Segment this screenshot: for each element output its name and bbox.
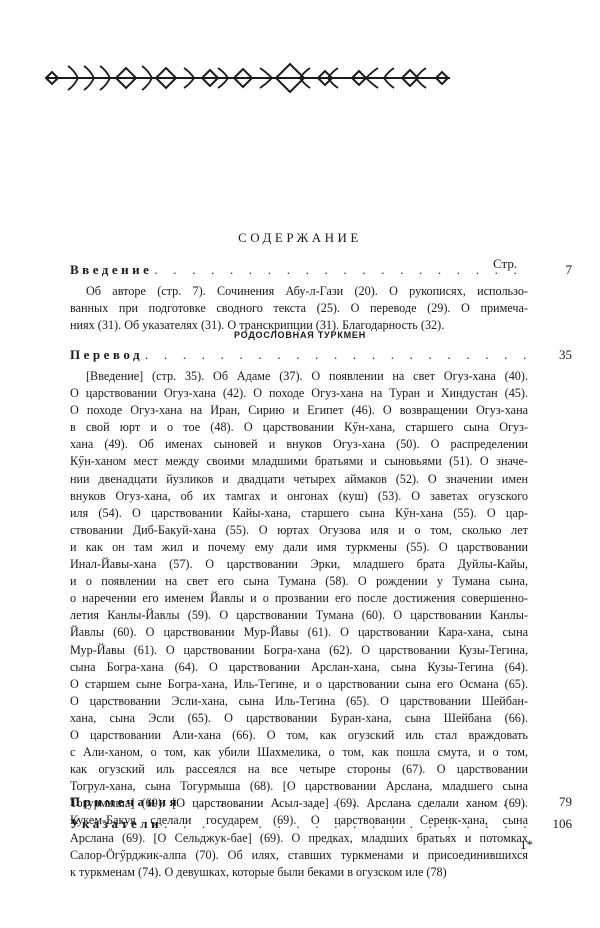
toc-entry-indexes[interactable]: Указатели . . . . . . . . . . . . . . . …	[70, 816, 528, 832]
page-title: СОДЕРЖАНИЕ	[0, 230, 600, 246]
text-line: и о появлении на свет его сына Тумана (5…	[70, 573, 528, 590]
text-line: в свой юрт и о тое (48). О царствовании …	[70, 419, 528, 436]
text-line: сына Богра-хана (64). О царствовании Арс…	[70, 659, 528, 676]
leader-dots: . . . . . . . . . . . . . . . . . . . . …	[182, 794, 528, 810]
text-line: Мур-Йавы (61). О царствовании Богра-хана…	[70, 642, 528, 659]
toc-entry-label: Указатели	[70, 816, 162, 832]
text-line: иля (54). О царствовании Кайы-хана, стар…	[70, 505, 528, 522]
toc-entry-page: 106	[532, 816, 572, 832]
toc-entry-label: Введение	[70, 262, 152, 278]
toc-entry-label: Примечания	[70, 794, 180, 810]
text-line: летия Канлы-Йавлы (59). О царствовании Т…	[70, 607, 528, 624]
text-line: О царствовании Огуз-хана (42). О походе …	[70, 385, 528, 402]
text-line: Инал-Йавы-хана (57). О царствовании Эрки…	[70, 556, 528, 573]
text-line: ствовании Диб-Бакуй-хана (55). О юртах О…	[70, 522, 528, 539]
text-line: Кӳн-ханом мест между своими младшими бра…	[70, 453, 528, 470]
decorative-ornament-band	[38, 56, 458, 100]
toc-entry-label: Перевод	[70, 347, 143, 363]
text-line: нии двенадцати йузликов и двадцати четыр…	[70, 471, 528, 488]
text-line: Салор-Ӧгӳрджик-алпа (70). Об илях, ставш…	[70, 847, 528, 864]
section-heading: РОДОСЛОВНАЯ ТУРКМЕН	[0, 330, 600, 340]
toc-entry-notes[interactable]: Примечания . . . . . . . . . . . . . . .…	[70, 794, 528, 810]
text-line: ванных при подготовке сводного текста (2…	[70, 300, 528, 317]
leader-dots: . . . . . . . . . . . . . . . . . . . . …	[145, 347, 528, 363]
toc-entry-page: 7	[532, 262, 572, 278]
leader-dots: . . . . . . . . . . . . . . . . . . . . …	[154, 262, 528, 278]
printer-signature-mark: 1*	[520, 837, 533, 853]
toc-entry-page: 35	[532, 347, 572, 363]
text-line: хана, сына Эсли (65). О царствовании Бур…	[70, 710, 528, 727]
text-line: Об авторе (стр. 7). Сочинения Абу-л-Гази…	[70, 283, 528, 300]
text-line: к туркменам (74). О девушках, которые бы…	[70, 864, 528, 881]
text-line: хана (49). Об именах сыновей и внуков Ог…	[70, 436, 528, 453]
toc-entry-translation[interactable]: Перевод . . . . . . . . . . . . . . . . …	[70, 347, 528, 363]
text-line: О старшем сыне Богра-хана, Иль-Тегине, и…	[70, 676, 528, 693]
toc-entry-intro[interactable]: Введение . . . . . . . . . . . . . . . .…	[70, 262, 528, 278]
text-line: Арслана (69). [О Сельджук-бае] (69). О п…	[70, 830, 528, 847]
intro-summary: Об авторе (стр. 7). Сочинения Абу-л-Гази…	[70, 283, 528, 334]
text-line: внуков Огуз-хана, об их тамгах и онгонах…	[70, 488, 528, 505]
text-line: Йавлы (60). О царствовании Мур-Йавы (61)…	[70, 624, 528, 641]
text-line: как огузский иль рассеялся на все четыре…	[70, 761, 528, 778]
text-line: [Введение] (стр. 35). Об Адаме (37). О п…	[70, 368, 528, 385]
leader-dots: . . . . . . . . . . . . . . . . . . . . …	[164, 816, 528, 832]
text-line: о наречении его именем Йавлы и о прозван…	[70, 590, 528, 607]
text-line: с Али-ханом, о том, как убили Шахмелика,…	[70, 744, 528, 761]
text-line: Тогрул-хана, сына Тогурмыша (68). [О цар…	[70, 778, 528, 795]
toc-entry-page: 79	[532, 794, 572, 810]
text-line: и как он там жил и почему ему дали имя т…	[70, 539, 528, 556]
text-line: О царствовании Эсли-хана, сына Иль-Тегин…	[70, 693, 528, 710]
text-line: О походе Огуз-хана на Иран, Сирию и Егип…	[70, 402, 528, 419]
text-line: О царствовании Али-хана (66). О том, как…	[70, 727, 528, 744]
